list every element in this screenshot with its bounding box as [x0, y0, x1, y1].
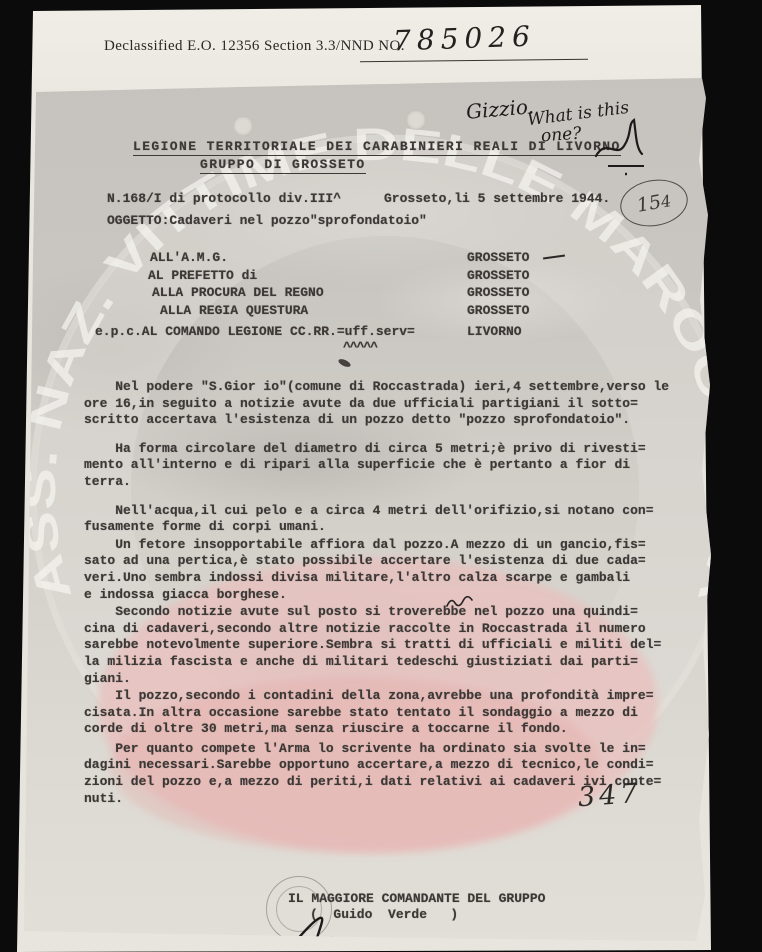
typed-paragraph: Nel podere "S.Gior io"(comune di Roccast…	[84, 379, 699, 429]
handwritten-initials-mark	[592, 118, 662, 180]
protocol-number: N.168/I di protocollo div.III^	[107, 191, 341, 206]
typed-line: fusamente forme di corpi umani.	[84, 519, 699, 536]
declassified-underline	[360, 59, 588, 62]
recipient-city: LIVORNO	[467, 323, 522, 341]
recipients-squiggle: ^^^^^	[343, 340, 377, 355]
typed-line: e indossa giacca borghese.	[84, 587, 699, 604]
typed-line: terra.	[84, 474, 699, 491]
typed-line: sarebbe notevolmente superiore.Sembra si…	[84, 637, 699, 654]
recipient-name: e.p.c.AL COMANDO LEGIONE CC.RR.=uff.serv…	[95, 324, 415, 339]
signature-title: IL MAGGIORE COMANDANTE DEL GRUPPO	[288, 891, 545, 906]
handwritten-page-number: 347	[577, 778, 643, 813]
dateline: Grosseto,li 5 settembre 1944.	[384, 191, 610, 206]
typed-paragraphs: Nel podere "S.Gior io"(comune di Roccast…	[84, 379, 699, 808]
scanned-archive-page: Declassified E.O. 12356 Section 3.3/NND …	[0, 0, 762, 952]
letterhead-line2: GRUPPO DI GROSSETO	[200, 157, 366, 172]
recipient-row: e.p.c.AL COMANDO LEGIONE CC.RR.=uff.serv…	[95, 323, 565, 341]
recipient-row: ALLA PROCURA DEL REGNOGROSSETO	[95, 284, 565, 302]
handwritten-name-note: Gizzio.	[465, 94, 535, 124]
recipient-row: AL PREFETTO diGROSSETO	[95, 267, 565, 285]
typed-line: Nel podere "S.Gior io"(comune di Roccast…	[84, 379, 699, 396]
typed-line: Nell'acqua,il cui pelo e a circa 4 metri…	[84, 503, 699, 520]
recipient-city: GROSSETO	[467, 249, 529, 267]
recipient-city: GROSSETO	[467, 284, 529, 302]
folio-superscript: 4	[659, 191, 672, 211]
declassified-number-handwritten: 785026	[392, 20, 536, 58]
typed-line: Ha forma circolare del diametro di circa…	[84, 441, 699, 458]
typed-line: Per quanto compete l'Arma lo scrivente h…	[84, 741, 699, 758]
typed-line: giani.	[84, 671, 699, 688]
subject-line: OGGETTO:Cadaveri nel pozzo"sprofondatoio…	[107, 213, 427, 228]
recipients-list: ALL'A.M.G.GROSSETOAL PREFETTO diGROSSETO…	[95, 249, 565, 341]
document-sheet: ASS. NAZ. VITTIME DELLE MAROCCHINATE LEG…	[0, 0, 762, 952]
typed-paragraph: Nell'acqua,il cui pelo e a circa 4 metri…	[84, 503, 699, 536]
typed-paragraph: Un fetore insopportabile affiora dal poz…	[84, 537, 699, 603]
typed-line: corde di oltre 30 metri,ma senza riuscir…	[84, 721, 699, 738]
recipient-row: ALL'A.M.G.GROSSETO	[95, 249, 565, 267]
recipient-name: ALLA PROCURA DEL REGNO	[152, 285, 324, 300]
typed-line: sato ad una pertica,è stato possibile ac…	[84, 553, 699, 570]
recipient-name: ALL'A.M.G.	[150, 250, 228, 265]
handwritten-question-line2: one?	[540, 124, 582, 147]
typed-line: cina di cadaveri,secondo altre notizie r…	[84, 621, 699, 638]
handwritten-insert-mark	[446, 596, 474, 608]
punch-hole	[233, 116, 253, 136]
typed-line: Un fetore insopportabile affiora dal poz…	[84, 537, 699, 554]
typed-line: ore 16,in seguito a notizie avute da due…	[84, 396, 699, 413]
typed-line: Secondo notizie avute sul posto si trove…	[84, 604, 699, 621]
recipient-row: ALLA REGIA QUESTURAGROSSETO	[95, 302, 565, 320]
recipient-city: GROSSETO	[467, 267, 529, 285]
typed-line: scritto accertava l'esistenza di un pozz…	[84, 412, 699, 429]
typed-paragraph: Secondo notizie avute sul posto si trove…	[84, 604, 699, 687]
typed-paragraph: Il pozzo,secondo i contadini della zona,…	[84, 688, 699, 738]
circled-folio-number: 154	[617, 174, 692, 231]
typed-line: cisata.In altra occasione sarebbe stato …	[84, 705, 699, 722]
punch-hole	[406, 110, 426, 130]
typed-line: veri.Uno sembra indossi divisa militare,…	[84, 570, 699, 587]
typed-paragraph: Ha forma circolare del diametro di circa…	[84, 441, 699, 491]
typed-line: dagini necessari.Sarebbe opportuno accer…	[84, 757, 699, 774]
recipient-name: AL PREFETTO di	[148, 268, 257, 283]
typed-line: Il pozzo,secondo i contadini della zona,…	[84, 688, 699, 705]
recipient-city: GROSSETO	[467, 302, 529, 320]
recipient-name: ALLA REGIA QUESTURA	[160, 303, 308, 318]
typed-line: mento all'interno e di ripari alla super…	[84, 457, 699, 474]
declassified-label: Declassified E.O. 12356 Section 3.3/NND …	[104, 38, 405, 55]
typed-line: la milizia fascista e anche di militari …	[84, 654, 699, 671]
ink-smudge	[337, 358, 351, 369]
